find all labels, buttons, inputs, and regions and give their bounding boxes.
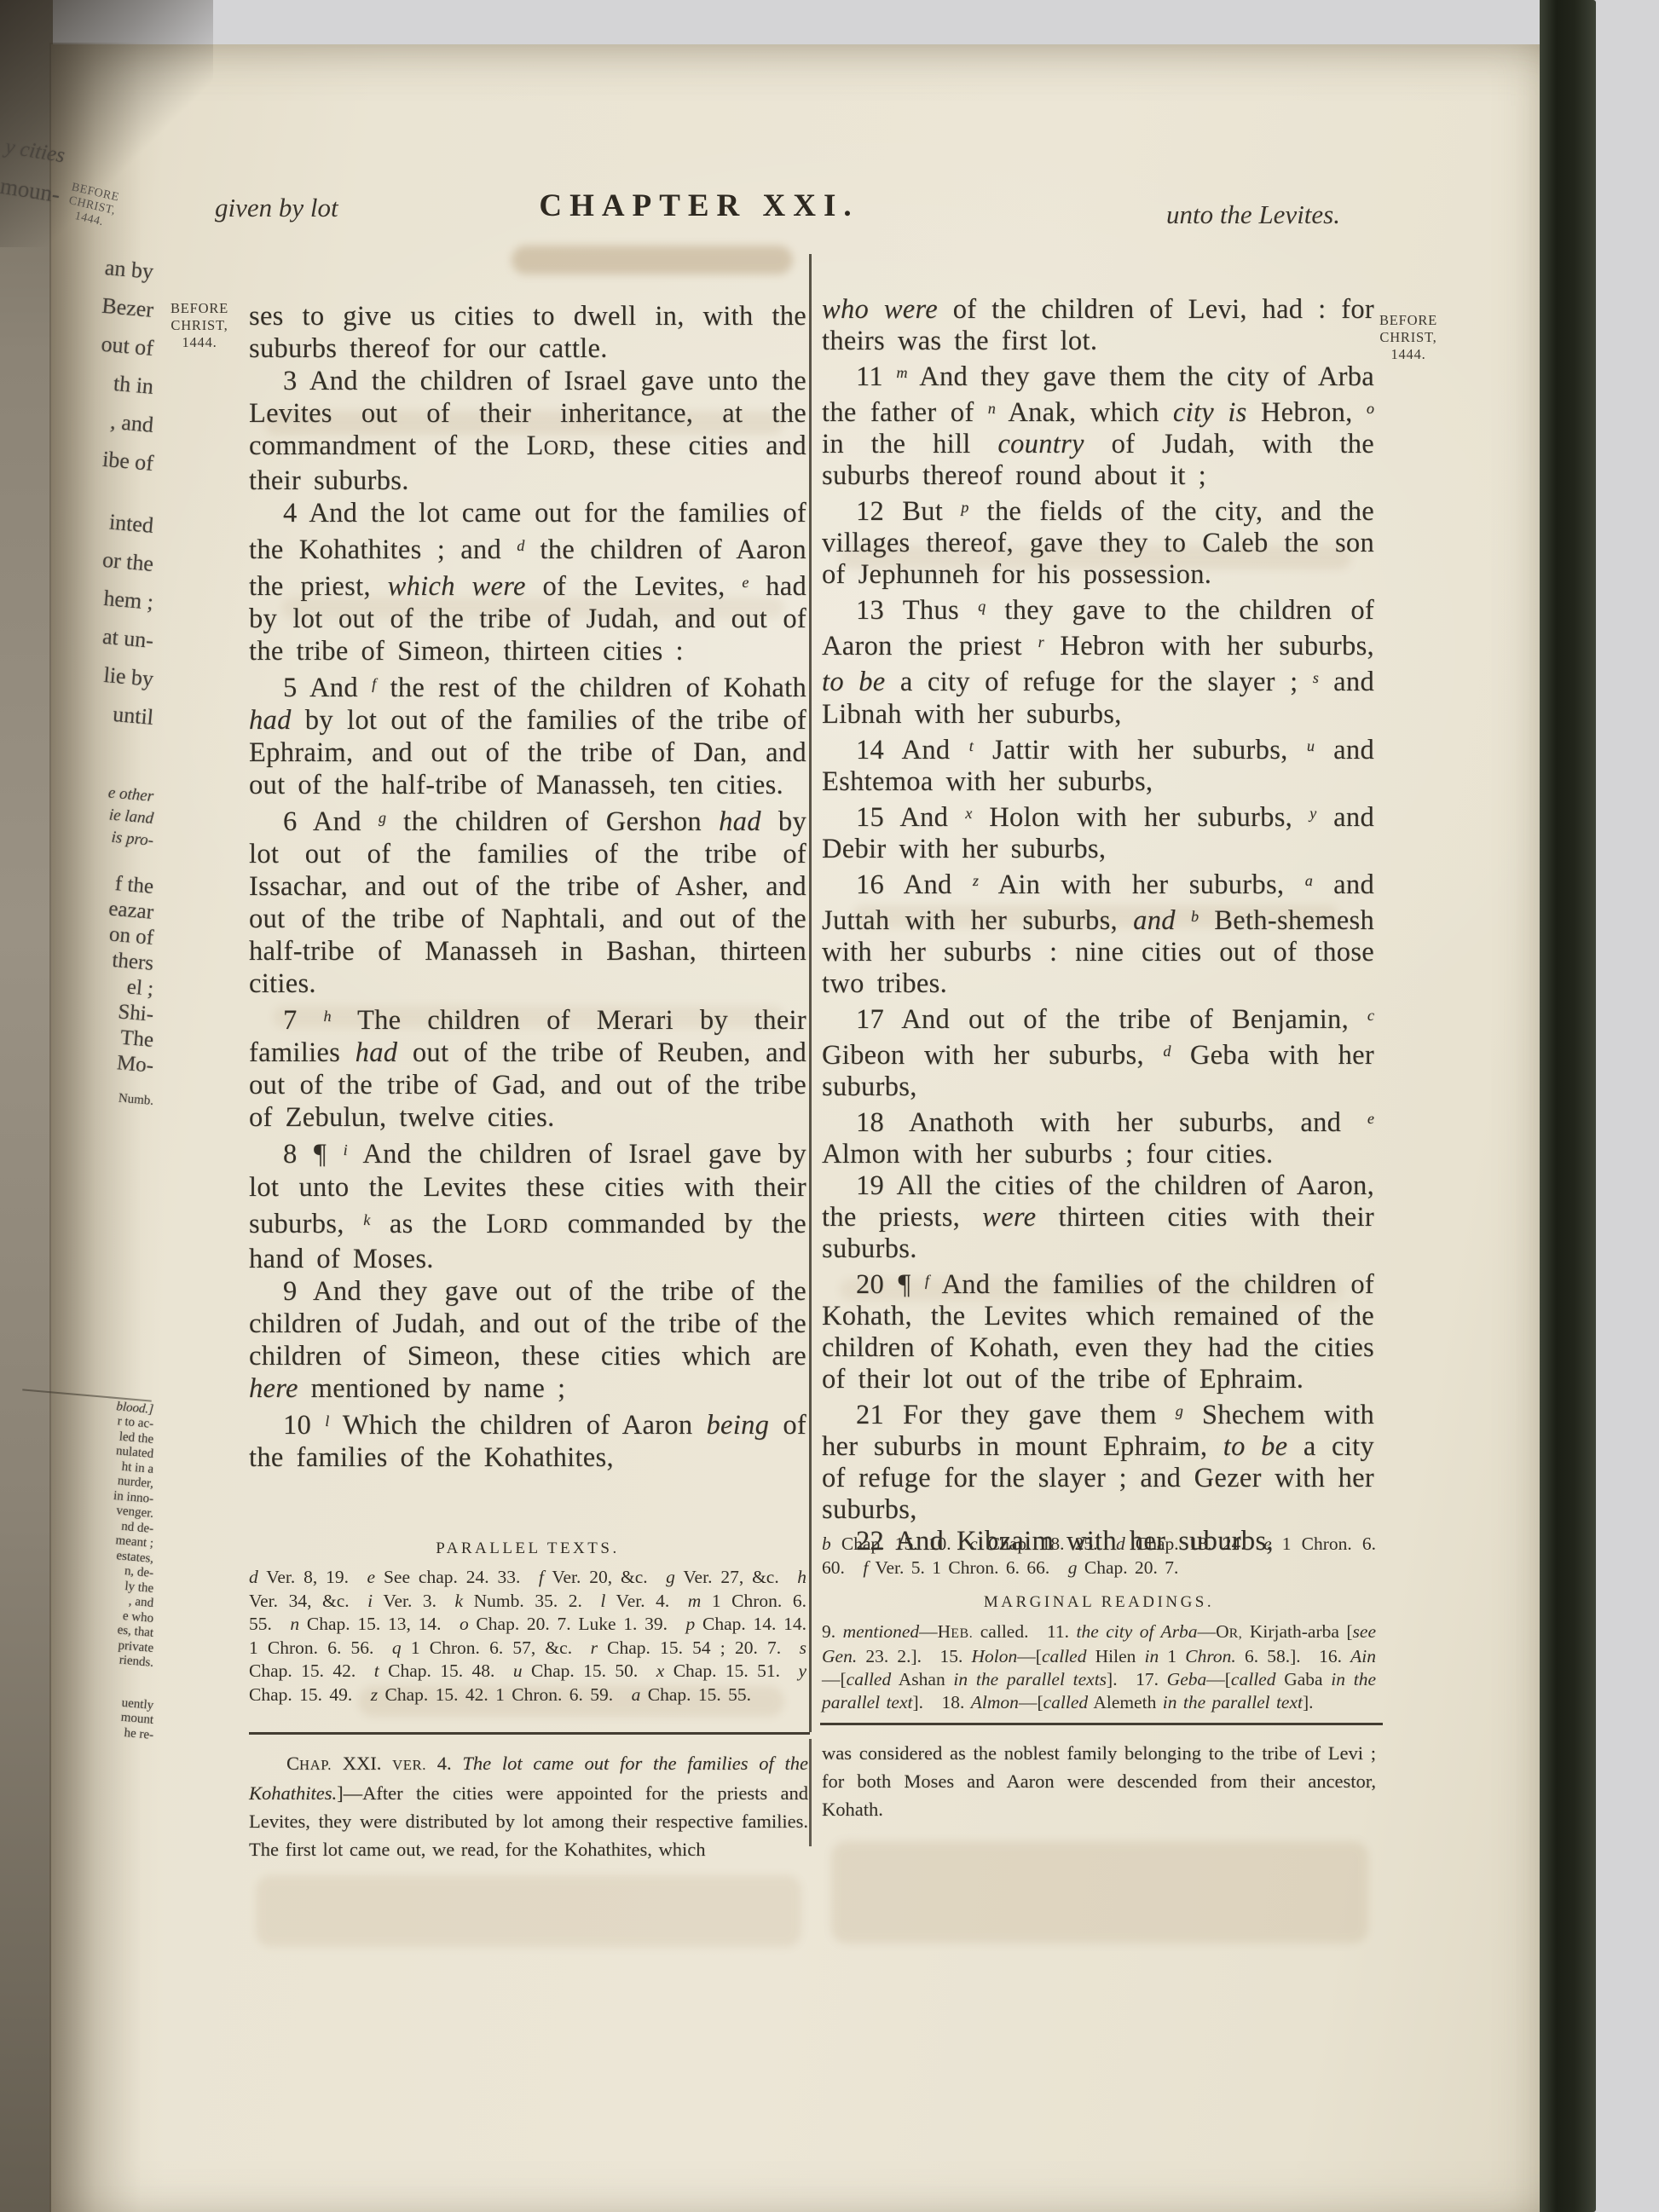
verse-paragraph: 20 ¶ f And the families of the children … — [822, 1265, 1374, 1395]
left-text-column: ses to give us cities to dwell in, with … — [249, 300, 806, 1474]
book-binding-edge — [0, 0, 53, 2212]
right-text-column: who were of the children of Levi, had : … — [822, 294, 1374, 1557]
verse-paragraph: 15 And x Holon with her suburbs, y and D… — [822, 798, 1374, 865]
commentary-left: CHAP. XXI. VER. 4. The lot came out for … — [249, 1749, 808, 1863]
book-cover-edge — [1540, 0, 1596, 2212]
verse-paragraph: ses to give us cities to dwell in, with … — [249, 300, 806, 365]
column-divider-rule — [809, 254, 812, 1732]
previous-page-text-fragment — [49, 1110, 153, 1403]
running-header-right: unto the Levites. — [1091, 199, 1340, 230]
verse-paragraph: 16 And z Ain with her suburbs, a and Jut… — [822, 865, 1374, 1000]
left-column-rule — [249, 1732, 810, 1735]
chapter-title: CHAPTER XXI. — [443, 188, 955, 224]
verse-paragraph: 18 Anathoth with her suburbs, and e Almo… — [822, 1103, 1374, 1170]
verse-paragraph: 21 For they gave them g Shechem with her… — [822, 1395, 1374, 1526]
verse-paragraph: 13 Thus q they gave to the children of A… — [822, 591, 1374, 730]
verse-paragraph: 14 And t Jattir with her suburbs, u and … — [822, 731, 1374, 798]
verse-paragraph: 12 But p the fields of the city, and the… — [822, 492, 1374, 591]
verse-paragraph: 3 And the children of Israel gave unto t… — [249, 365, 806, 497]
previous-page-text-fragment: ibe of — [49, 435, 155, 482]
verse-paragraph: 11 m And they gave them the city of Arba… — [822, 357, 1374, 492]
verse-paragraph: who were of the children of Levi, had : … — [822, 294, 1374, 357]
verse-paragraph: 4 And the lot came out for the families … — [249, 497, 806, 667]
verse-paragraph: 5 And f the rest of the children of Koha… — [249, 667, 806, 801]
verse-paragraph: 17 And out of the tribe of Benjamin, c G… — [822, 1000, 1374, 1103]
right-column-references: b Chap. 15. 10. c Chap. 18. 25. d Chap. … — [822, 1533, 1376, 1580]
commentary-right: was considered as the noblest family bel… — [822, 1739, 1376, 1823]
parallel-texts-heading: PARALLEL TEXTS. — [249, 1539, 806, 1558]
previous-page-text-fragment: until — [49, 689, 155, 736]
marginal-readings-text: 9. mentioned—HEB. called. 11. the city o… — [822, 1620, 1376, 1714]
parallel-texts-references: d Ver. 8, 19. e See chap. 24. 33. f Ver.… — [249, 1566, 806, 1707]
verse-paragraph: 10 l Which the children of Aaron being o… — [249, 1405, 806, 1474]
verse-paragraph: 8 ¶ i And the children of Israel gave by… — [249, 1134, 806, 1274]
bible-page-photograph: y cities moun- BEFORECHRIST,1444. an byB… — [0, 0, 1659, 2212]
verse-paragraph: 9 And they gave out of the tribe of the … — [249, 1275, 806, 1405]
right-column-rule — [820, 1723, 1383, 1725]
verse-paragraph: 7 h The children of Merari by their fami… — [249, 1000, 806, 1134]
marginal-readings-section: b Chap. 15. 10. c Chap. 18. 25. d Chap. … — [822, 1533, 1376, 1714]
parallel-texts-section: PARALLEL TEXTS. d Ver. 8, 19. e See chap… — [249, 1539, 806, 1707]
running-header-left: given by lot — [215, 193, 338, 223]
margin-note-before-christ-right: BEFORECHRIST,1444. — [1361, 312, 1456, 363]
margin-note-before-christ-left: BEFORECHRIST,1444. — [152, 300, 247, 351]
previous-page-text-fragments: an byBezerout ofth in, andibe ofintedor … — [49, 252, 153, 1743]
verse-paragraph: 19 All the cities of the children of Aar… — [822, 1170, 1374, 1265]
commentary-column-divider-rule — [809, 1739, 812, 1846]
verse-paragraph: 6 And g the children of Gershon had by l… — [249, 801, 806, 1000]
marginal-readings-heading: MARGINAL READINGS. — [822, 1593, 1376, 1612]
